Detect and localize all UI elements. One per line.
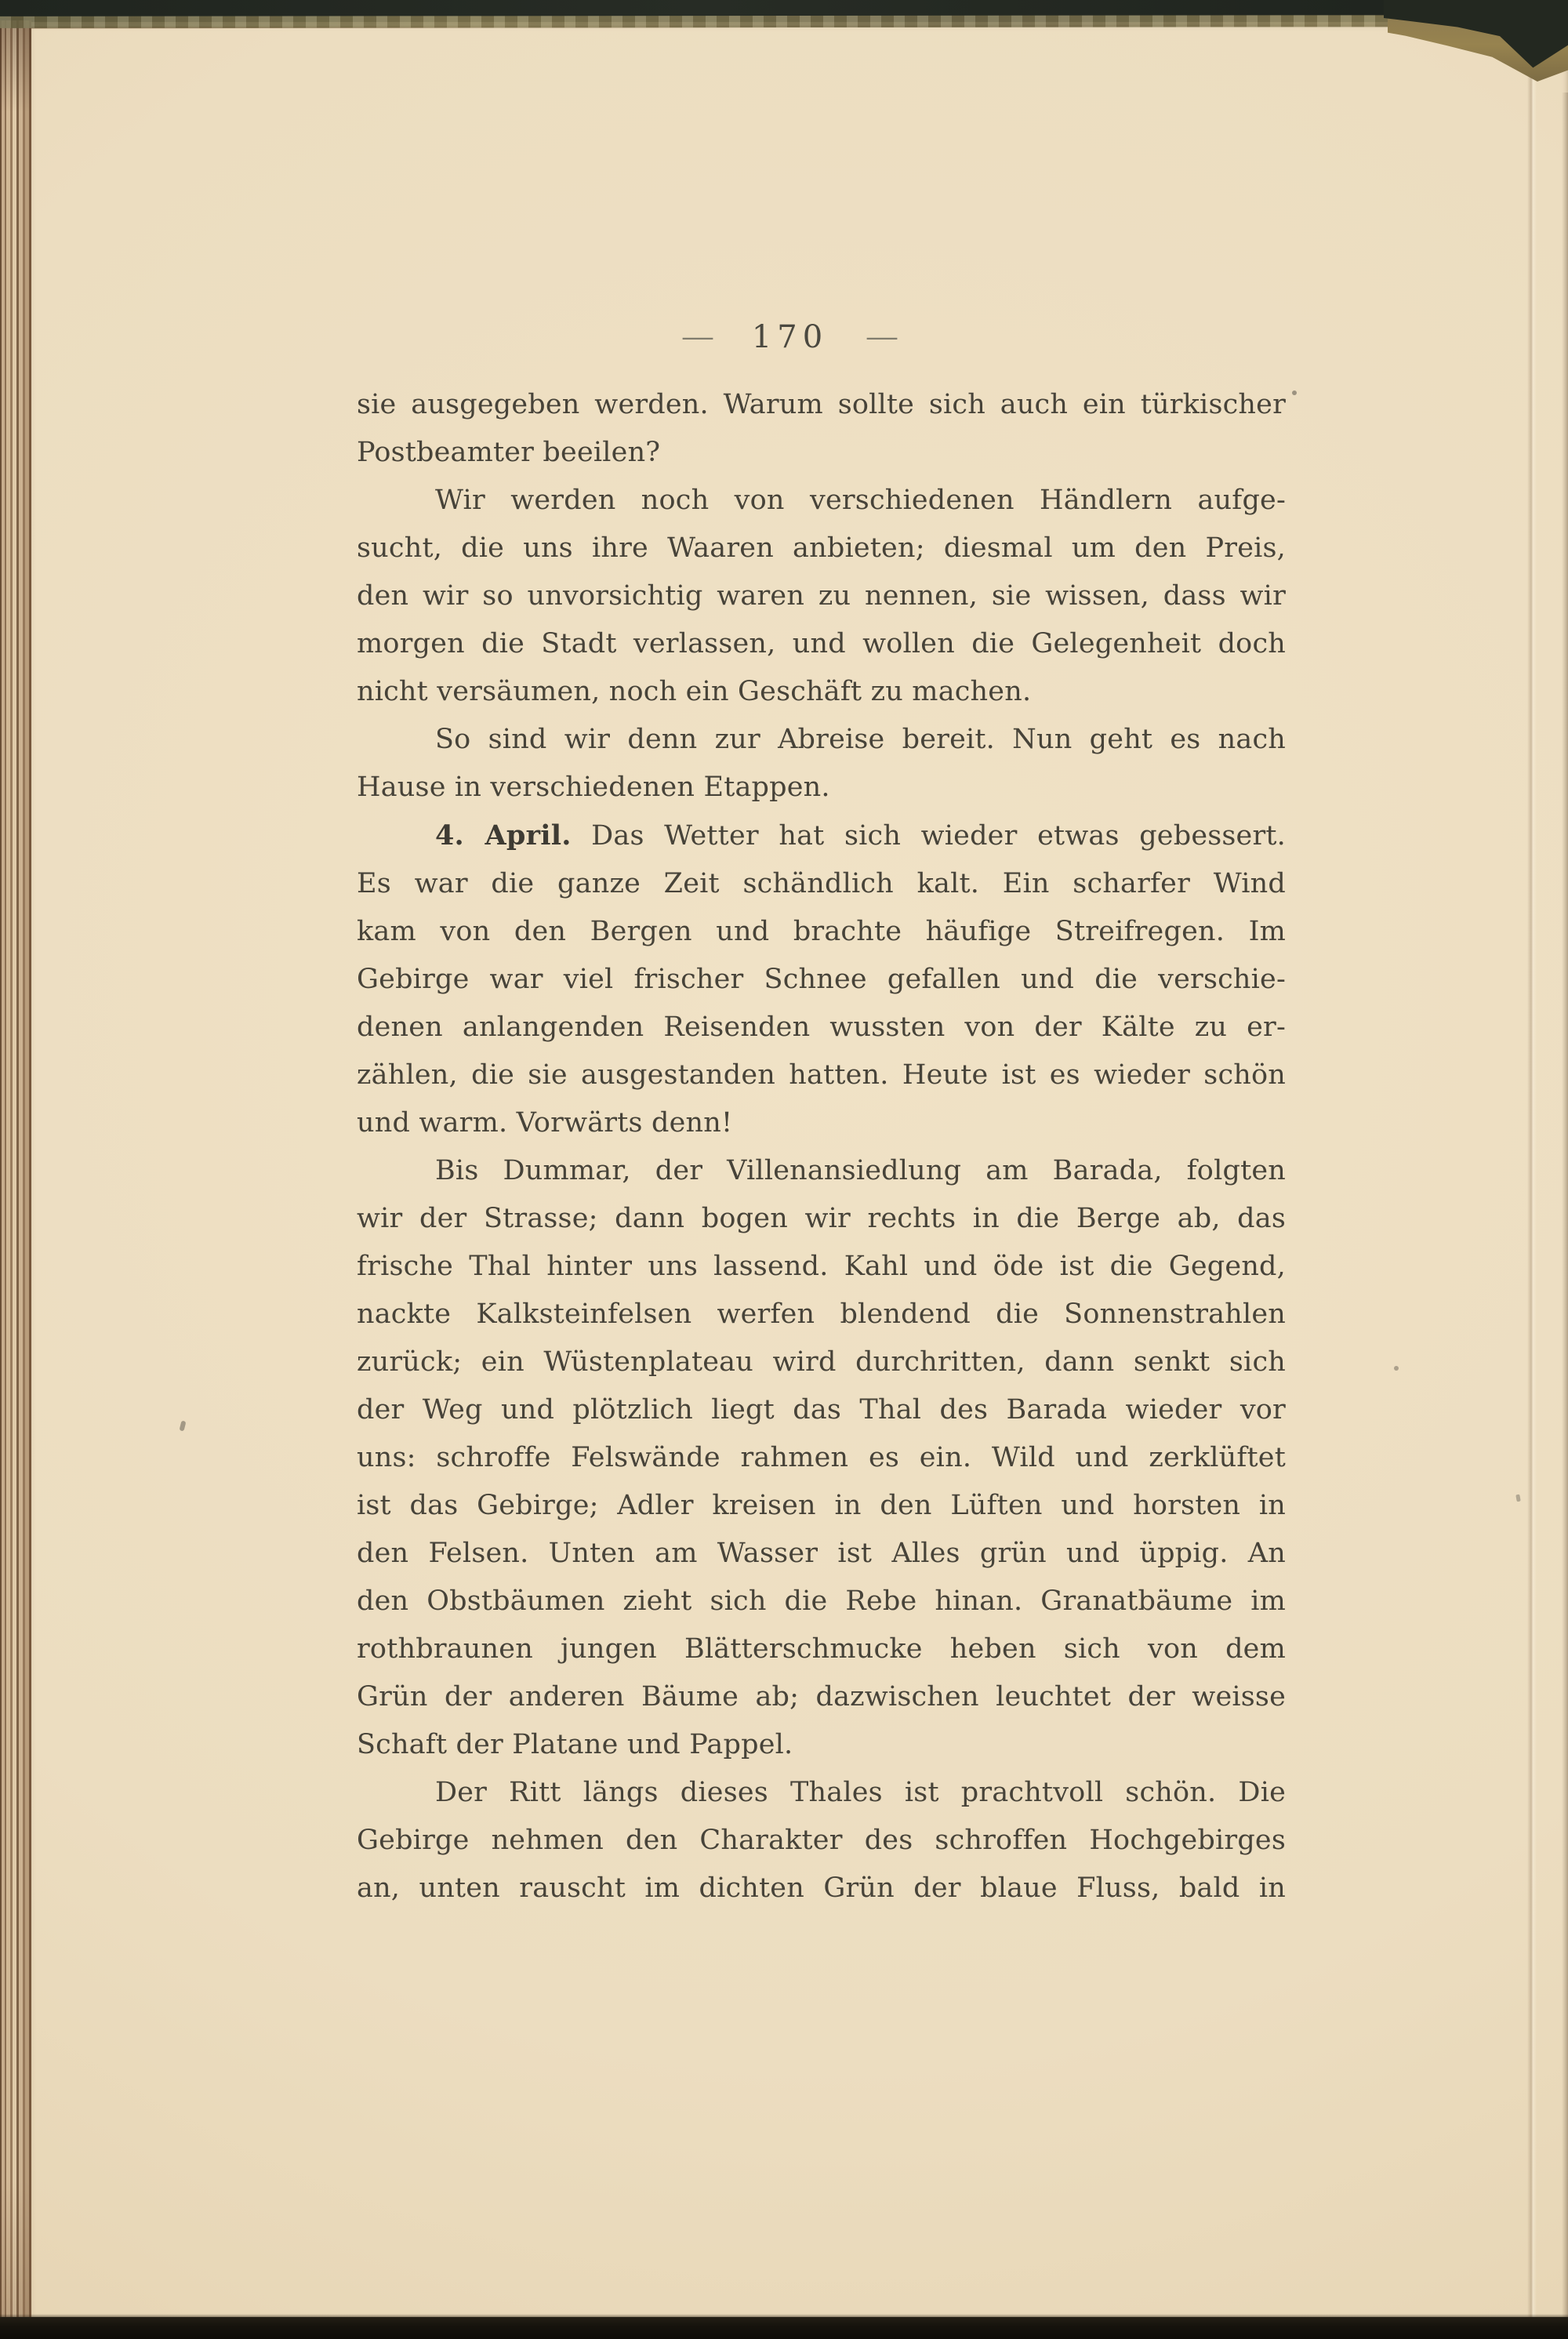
text-line: Postbeamter beeilen? — [357, 429, 1286, 477]
text-line: denen anlangenden Reisenden wussten von … — [357, 1004, 1286, 1051]
text-line: So sind wir denn zur Abreise bereit. Nun… — [357, 716, 1286, 764]
text-block: sie ausgegeben werden. Warum sollte sich… — [357, 381, 1286, 1912]
page-right-shadow — [1562, 93, 1568, 2319]
text-line: sucht, die uns ihre Waaren anbieten; die… — [357, 525, 1286, 572]
text-line: der Weg und plötzlich liegt das Thal des… — [357, 1386, 1286, 1434]
text-line: Gebirge war viel frischer Schnee gefalle… — [357, 956, 1286, 1004]
scan-speck — [1292, 390, 1297, 395]
text-line: an, unten rauscht im dichten Grün der bl… — [357, 1865, 1286, 1912]
text-line: ist das Gebirge; Adler kreisen in den Lü… — [357, 1482, 1286, 1530]
page-crease — [1527, 33, 1537, 2319]
text-line: sie ausgegeben werden. Warum sollte sich… — [357, 381, 1286, 429]
text-line: Grün der anderen Bäume ab; dazwischen le… — [357, 1673, 1286, 1721]
text-line: zurück; ein Wüstenplateau wird durchritt… — [357, 1338, 1286, 1386]
text-line: Wir werden noch von verschiedenen Händle… — [357, 477, 1286, 525]
text-line: Es war die ganze Zeit schändlich kalt. E… — [357, 860, 1286, 908]
text-line: morgen die Stadt verlassen, und wollen d… — [357, 620, 1286, 668]
text-line: zählen, die sie ausgestanden hatten. Heu… — [357, 1051, 1286, 1099]
text-line: Gebirge nehmen den Charakter des schroff… — [357, 1817, 1286, 1865]
text-line: Schaft der Platane und Pappel. — [357, 1721, 1286, 1769]
text-line: kam von den Bergen und brachte häufige S… — [357, 908, 1286, 956]
text-line: Bis Dummar, der Villenansiedlung am Bara… — [357, 1147, 1286, 1195]
text-line: frische Thal hinter uns lassend. Kahl un… — [357, 1243, 1286, 1291]
header-dash-right: — — [866, 321, 899, 353]
page-header: — 170 — — [325, 317, 1254, 358]
text-line: rothbraunen jungen Blätterschmucke heben… — [357, 1625, 1286, 1673]
book-page-edges — [0, 20, 31, 2319]
text-line: den wir so unvorsichtig waren zu nennen,… — [357, 572, 1286, 620]
book-scan: — 170 — sie ausgegeben werden. Warum sol… — [0, 0, 1568, 2339]
text-line: uns: schroffe Felswände rahmen es ein. W… — [357, 1434, 1286, 1482]
text-line: und warm. Vorwärts denn! — [357, 1099, 1286, 1147]
scanner-background-bottom — [0, 2317, 1568, 2339]
text-line: Der Ritt längs dieses Thales ist prachtv… — [357, 1769, 1286, 1817]
text-line: nackte Kalksteinfelsen werfen blendend d… — [357, 1291, 1286, 1338]
header-dash-left: — — [681, 321, 715, 353]
book-cover-edge — [0, 15, 1568, 28]
scan-speck — [1075, 883, 1079, 887]
text-line: den Felsen. Unten am Wasser ist Alles gr… — [357, 1530, 1286, 1578]
text-line: Hause in verschiedenen Etappen. — [357, 764, 1286, 812]
text-line: wir der Strasse; dann bogen wir rechts i… — [357, 1195, 1286, 1243]
text-line: den Obstbäumen zieht sich die Rebe hinan… — [357, 1578, 1286, 1625]
scan-speck — [1394, 1366, 1399, 1371]
page-number: 170 — [752, 319, 828, 355]
text-line: 4. April. Das Wetter hat sich wieder etw… — [357, 812, 1286, 860]
text-line: nicht versäumen, noch ein Geschäft zu ma… — [357, 668, 1286, 716]
